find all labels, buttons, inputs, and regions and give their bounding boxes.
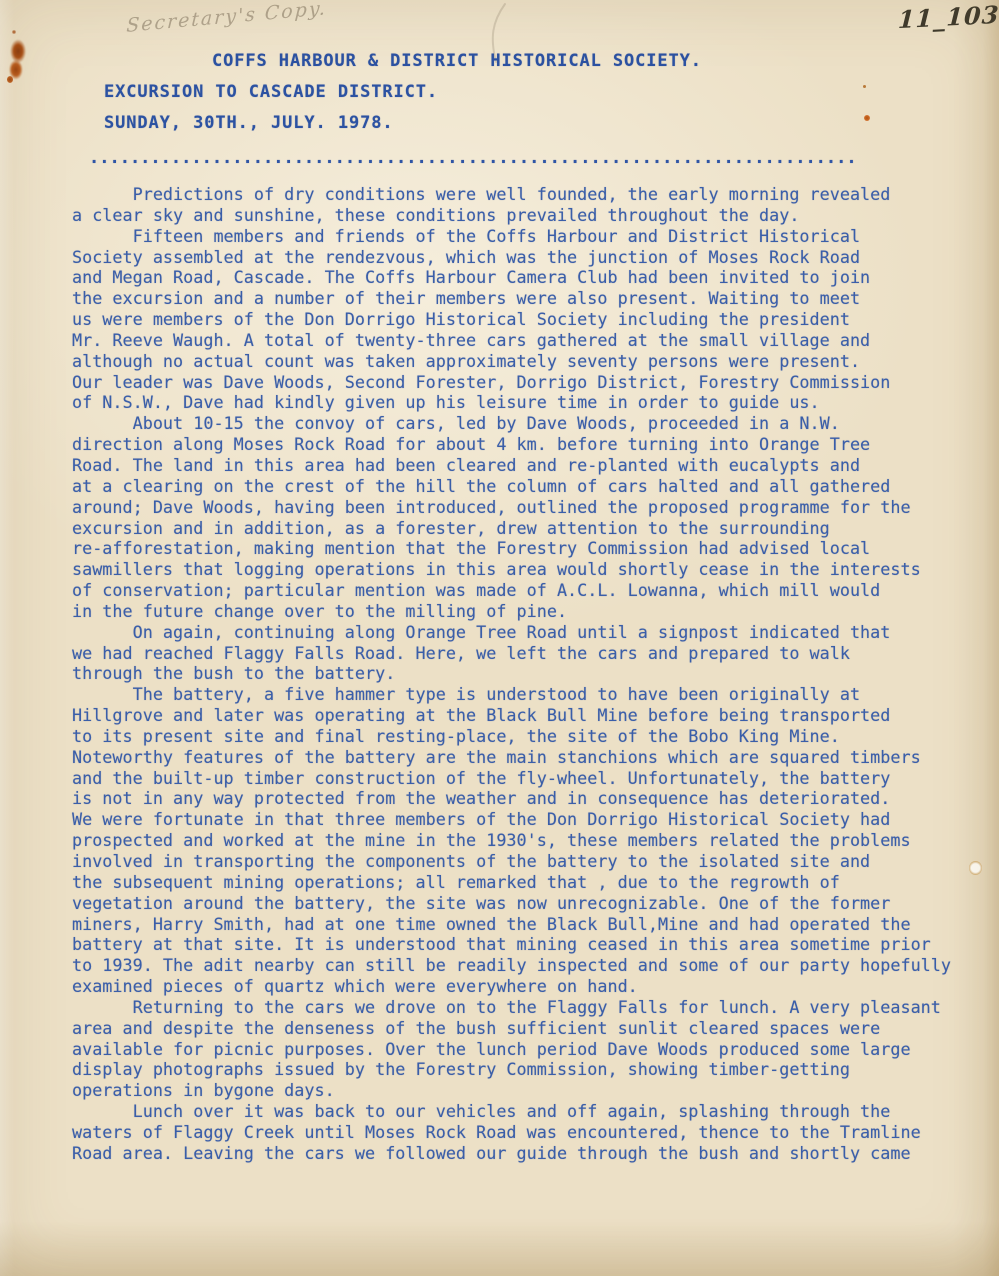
typed-line: of conservation; particular mention was … [72,580,992,601]
rust-speck-right [864,115,870,121]
typed-line: excursion and in addition, as a forester… [72,518,992,539]
society-name-heading: COFFS HARBOUR & DISTRICT HISTORICAL SOCI… [212,51,702,71]
typed-line: area and despite the denseness of the bu… [72,1018,992,1039]
handwritten-catalog-number: 11_1034 [897,0,999,34]
typed-line: in the future change over to the milling… [72,601,992,622]
excursion-date-heading: SUNDAY, 30TH., JULY. 1978. [104,113,394,133]
typed-line: the excursion and a number of their memb… [72,288,992,309]
typed-line: the subsequent mining operations; all re… [72,872,992,893]
typed-line: a clear sky and sunshine, these conditio… [72,205,992,226]
report-body-text: Predictions of dry conditions were well … [72,184,992,1164]
typed-line: vegetation around the battery, the site … [72,893,992,914]
typed-line: to 1939. The adit nearby can still be re… [72,955,992,976]
typed-line: miners, Harry Smith, had at one time own… [72,914,992,935]
typed-line: at a clearing on the crest of the hill t… [72,476,992,497]
typed-line: battery at that site. It is understood t… [72,934,992,955]
typed-line: re-afforestation, making mention that th… [72,538,992,559]
typed-line: and the built-up timber construction of … [72,768,992,789]
typed-line: us were members of the Don Dorrigo Histo… [72,309,992,330]
typed-line: About 10-15 the convoy of cars, led by D… [72,413,992,434]
typed-line: Noteworthy features of the battery are t… [72,747,992,768]
typed-line: Road. The land in this area had been cle… [72,455,992,476]
typed-line: Road area. Leaving the cars we followed … [72,1143,992,1164]
typed-line: Fifteen members and friends of the Coffs… [72,226,992,247]
typed-line: and Megan Road, Cascade. The Coffs Harbo… [72,267,992,288]
typed-line: Lunch over it was back to our vehicles a… [72,1101,992,1122]
typed-line: to its present site and final resting-pl… [72,726,992,747]
typed-line: sawmillers that logging operations in th… [72,559,992,580]
typed-line: Mr. Reeve Waugh. A total of twenty-three… [72,330,992,351]
typed-line: operations in bygone days. [72,1080,992,1101]
typed-line: Society assembled at the rendezvous, whi… [72,247,992,268]
typed-line: through the bush to the battery. [72,663,992,684]
excursion-title-heading: EXCURSION TO CASCADE DISTRICT. [104,82,438,102]
typed-line: although no actual count was taken appro… [72,351,992,372]
typed-line: Returning to the cars we drove on to the… [72,997,992,1018]
typed-line: is not in any way protected from the wea… [72,788,992,809]
rust-speck-tiny [12,30,16,34]
typed-line: examined pieces of quartz which were eve… [72,976,992,997]
typed-line: We were fortunate in that three members … [72,809,992,830]
typed-line: The battery, a five hammer type is under… [72,684,992,705]
typed-line: available for picnic purposes. Over the … [72,1039,992,1060]
typed-line: involved in transporting the components … [72,851,992,872]
paper-hole-mark [969,861,982,875]
handwritten-secretarys-copy-note: Secretary's Copy. [126,0,328,37]
typed-line: direction along Moses Rock Road for abou… [72,434,992,455]
typed-line: display photographs issued by the Forest… [72,1059,992,1080]
typed-line: around; Dave Woods, having been introduc… [72,497,992,518]
typed-line: of N.S.W., Dave had kindly given up his … [72,392,992,413]
typed-line: we had reached Flaggy Falls Road. Here, … [72,643,992,664]
typed-line: prospected and worked at the mine in the… [72,830,992,851]
typed-line: Our leader was Dave Woods, Second Forest… [72,372,992,393]
typed-line: waters of Flaggy Creek until Moses Rock … [72,1122,992,1143]
typed-line: Predictions of dry conditions were well … [72,184,992,205]
typed-line: On again, continuing along Orange Tree R… [72,622,992,643]
typed-line: Hillgrove and later was operating at the… [72,705,992,726]
dotted-divider: ........................................… [89,148,857,168]
rust-speck-small [7,76,13,83]
rust-speck-right-tiny [863,85,866,88]
document-page: Secretary's Copy. 11_1034 COFFS HARBOUR … [0,0,999,1276]
